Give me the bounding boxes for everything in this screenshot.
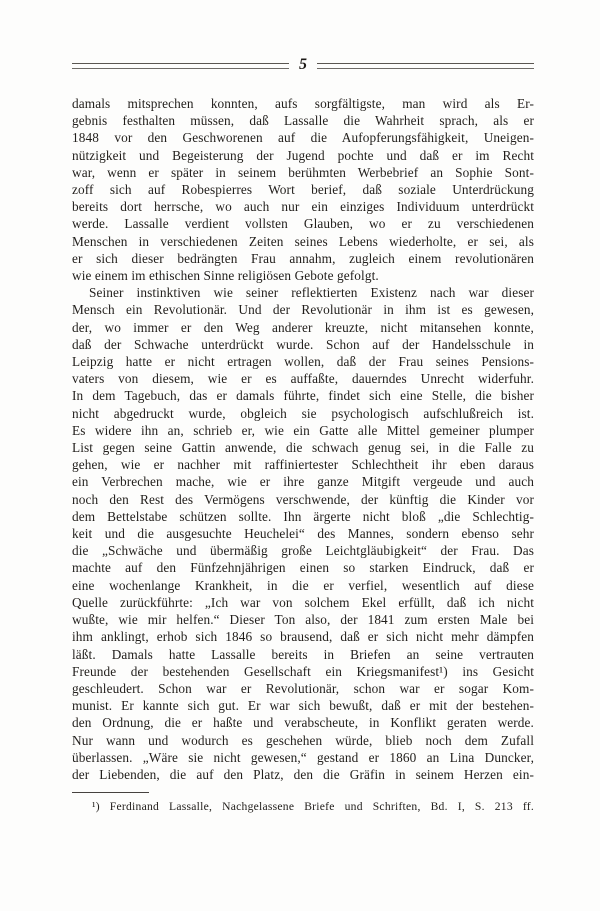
text-line: bereits dort herrsche, wo auch nur ein e… [72,198,534,215]
text-line: munist. Er kannte sich gut. Er war sich … [72,697,534,714]
text-line: wußte, wie mir helfen.“ Dieser Ton also,… [72,611,534,628]
footnote-separator [72,792,149,793]
text-line: keit und die ausgesuchte Heuchelei“ des … [72,525,534,542]
text-line: der Liebenden, die auf den Platz, den di… [72,766,534,783]
text-line: geschleudert. Schon war er Revolutionär,… [72,680,534,697]
text-line: vaters von diesem, wie er es auffaßte, d… [72,370,534,387]
text-line: Leipzig hatte er nicht ertragen wollen, … [72,353,534,370]
text-line: ein Verbrechen mache, wie er ihre ganze … [72,473,534,490]
paragraph-2: Seiner instinktiven wie seiner reflektie… [72,284,534,783]
text-line: läßt. Damals hatte Lassalle bereits in B… [72,646,534,663]
footnote-text: ¹) Ferdinand Lassalle, Nachgelassene Bri… [72,800,534,814]
text-line: Nur wann und wodurch es geschehen würde,… [72,732,534,749]
text-line: wie einem im ethischen Sinne religiösen … [72,267,534,284]
text-line: machte auf den Fünfzehnjährigen einen so… [72,559,534,576]
text-line: List gegen seine Gattin anwende, die sch… [72,439,534,456]
text-line: gebnis festhalten müssen, daß Lassalle d… [72,112,534,129]
paragraph-1: damals mitsprechen konnten, aufs sorgfäl… [72,95,534,284]
text-line: noch den Rest des Vermögens verschwende,… [72,491,534,508]
text-line: In dem Tagebuch, das er damals führte, f… [72,387,534,404]
text-line: er sich dieser bedrängten Frau annahm, z… [72,250,534,267]
text-line: überlassen. „Wäre sie nicht gewesen,“ ge… [72,749,534,766]
header-rule-right [317,63,534,69]
text-line: Menschen in verschiedenen Zeiten seines … [72,233,534,250]
body-text: damals mitsprechen konnten, aufs sorgfäl… [72,95,534,783]
text-line: die „Schwäche und übermäßig große Leicht… [72,542,534,559]
text-line: dem Bettelstabe schützen sollte. Ihn ärg… [72,508,534,525]
page-number: 5 [289,57,317,75]
text-line: nützigkeit und Begeisterung der Jugend p… [72,147,534,164]
text-line: Freunde der bestehenden Gesellschaft ein… [72,663,534,680]
text-line: war, wenn er später in seinem berühmten … [72,164,534,181]
text-line: ihm anklingt, erhob sich 1846 so brausen… [72,628,534,645]
text-line: damals mitsprechen konnten, aufs sorgfäl… [72,95,534,112]
text-line: daß der Schwache unterdrückt wurde. Scho… [72,336,534,353]
text-line: gehen, wie er nachher mit raffinierteste… [72,456,534,473]
text-line: Seiner instinktiven wie seiner reflektie… [72,284,534,301]
text-line: zoff sich auf Robespierres Wort berief, … [72,181,534,198]
text-line: den Ordnung, die er haßte und verabscheu… [72,714,534,731]
text-line: 1848 vor den Geschworenen auf die Aufopf… [72,129,534,146]
text-line: Quelle zurückführte: „Ich war von solche… [72,594,534,611]
text-line: Mensch ein Revolutionär. Und der Revolut… [72,301,534,318]
book-page: 5 damals mitsprechen konnten, aufs sorgf… [0,0,600,911]
text-line: Es widere ihn an, schrieb er, wie ein Ga… [72,422,534,439]
text-line: der, wo immer er den Weg anderer kreuzte… [72,319,534,336]
text-line: werde. Lassalle verdient vollsten Glaube… [72,215,534,232]
text-line: nicht abgedruckt wurde, obgleich sie psy… [72,405,534,422]
header-rule-left [72,63,289,69]
text-line: eine wochenlange Krankheit, in die er ve… [72,577,534,594]
running-head: 5 [72,56,534,76]
